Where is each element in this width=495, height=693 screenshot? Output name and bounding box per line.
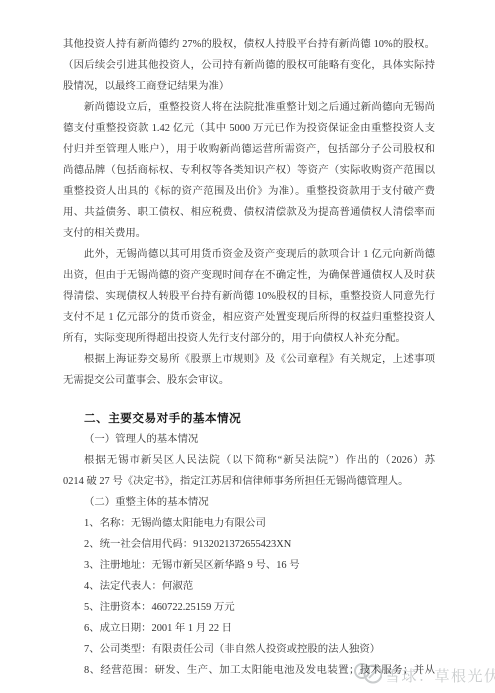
subsection-heading-manager: （一）管理人的基本情况 xyxy=(63,429,435,450)
paragraph-line: 出资，但由于无锡尚德的资产变现时间存在不确定性，为确保普通债权人及时获 xyxy=(63,265,435,286)
paragraph-line: （因后续会引进其他投资人，公司持有新尚德的股权可能略有变化，具体实际持 xyxy=(63,55,435,76)
paragraph-line: 股情况，以最终工商登记结果为准） xyxy=(63,76,435,97)
company-name-line: 1、名称：无锡尚德太阳能电力有限公司 xyxy=(63,513,435,534)
paragraph-line: 用、共益债务、职工债权、相应税费、债权清偿款及为提高普通债权人清偿率而 xyxy=(63,202,435,223)
registered-capital-line: 5、注册资本：460722.25159 万元 xyxy=(63,597,435,618)
establishment-date-line: 6、成立日期：2001 年 1 月 22 日 xyxy=(63,618,435,639)
paragraph-line: 根据无锡市新吴区人民法院（以下简称“新吴法院”）作出的（2026）苏 xyxy=(63,450,435,471)
paragraph-line: 得清偿、实现债权人转股平台持有新尚德 10%股权的目标，重整投资人同意先行 xyxy=(63,286,435,307)
company-type-line: 7、公司类型：有限责任公司（非自然人投资或控股的法人独资） xyxy=(63,639,435,660)
paragraph-line: 新尚德设立后，重整投资人将在法院批准重整计划之后通过新尚德向无锡尚 xyxy=(63,97,435,118)
legal-representative-line: 4、法定代表人：何淑范 xyxy=(63,576,435,597)
document-text-block: 其他投资人持有新尚德约 27%的股权，债权人持股平台持有新尚德 10%的股权。 … xyxy=(63,34,435,681)
paragraph-line: 无需提交公司董事会、股东会审议。 xyxy=(63,370,435,391)
paragraph-line: 尚德品牌（包括商标权、专利权等各类知识产权）等资产（实际收购资产范围以 xyxy=(63,160,435,181)
document-page: 雪球：草根光伏 其他投资人持有新尚德约 27%的股权，债权人持股平台持有新尚德 … xyxy=(0,0,495,693)
subsection-heading-entity: （二）重整主体的基本情况 xyxy=(63,492,435,513)
paragraph-line: 所有，实际变现所得超出投资人先行支付部分的，用于向债权人补充分配。 xyxy=(63,328,435,349)
paragraph-line: 德支付重整投资款 1.42 亿元（其中 5000 万元已作为投资保证金由重整投资… xyxy=(63,118,435,139)
paragraph-line: 付归并至管理人账户），用于收购新尚德运营所需资产，包括部分子公司股权和 xyxy=(63,139,435,160)
paragraph-line: 根据上海证券交易所《股票上市规则》及《公司章程》有关规定，上述事项 xyxy=(63,349,435,370)
paragraph-line: 支付的相关费用。 xyxy=(63,223,435,244)
business-scope-line: 8、经营范围：研发、生产、加工太阳能电池及发电装置；技术服务；并从 xyxy=(63,660,435,681)
paragraph-line: 重整投资人出具的《标的资产范围及出价》为准）。重整投资款用于支付破产费 xyxy=(63,181,435,202)
section-heading: 二、主要交易对手的基本情况 xyxy=(63,408,435,429)
paragraph-line: 支付不足 1 亿元部分的货币资金，相应资产处置变现后所得的权益归重整投资人 xyxy=(63,307,435,328)
registered-address-line: 3、注册地址：无锡市新吴区新华路 9 号、16 号 xyxy=(63,555,435,576)
section-gap xyxy=(63,391,435,408)
paragraph-line: 0214 破 27 号《决定书》，指定江苏居和信律师事务所担任无锡尚德管理人。 xyxy=(63,471,435,492)
paragraph-line: 此外，无锡尚德以其可用货币资金及资产变现后的款项合计 1 亿元向新尚德 xyxy=(63,244,435,265)
paragraph-line: 其他投资人持有新尚德约 27%的股权，债权人持股平台持有新尚德 10%的股权。 xyxy=(63,34,435,55)
credit-code-line: 2、统一社会信用代码：9132021372655423XN xyxy=(63,534,435,555)
